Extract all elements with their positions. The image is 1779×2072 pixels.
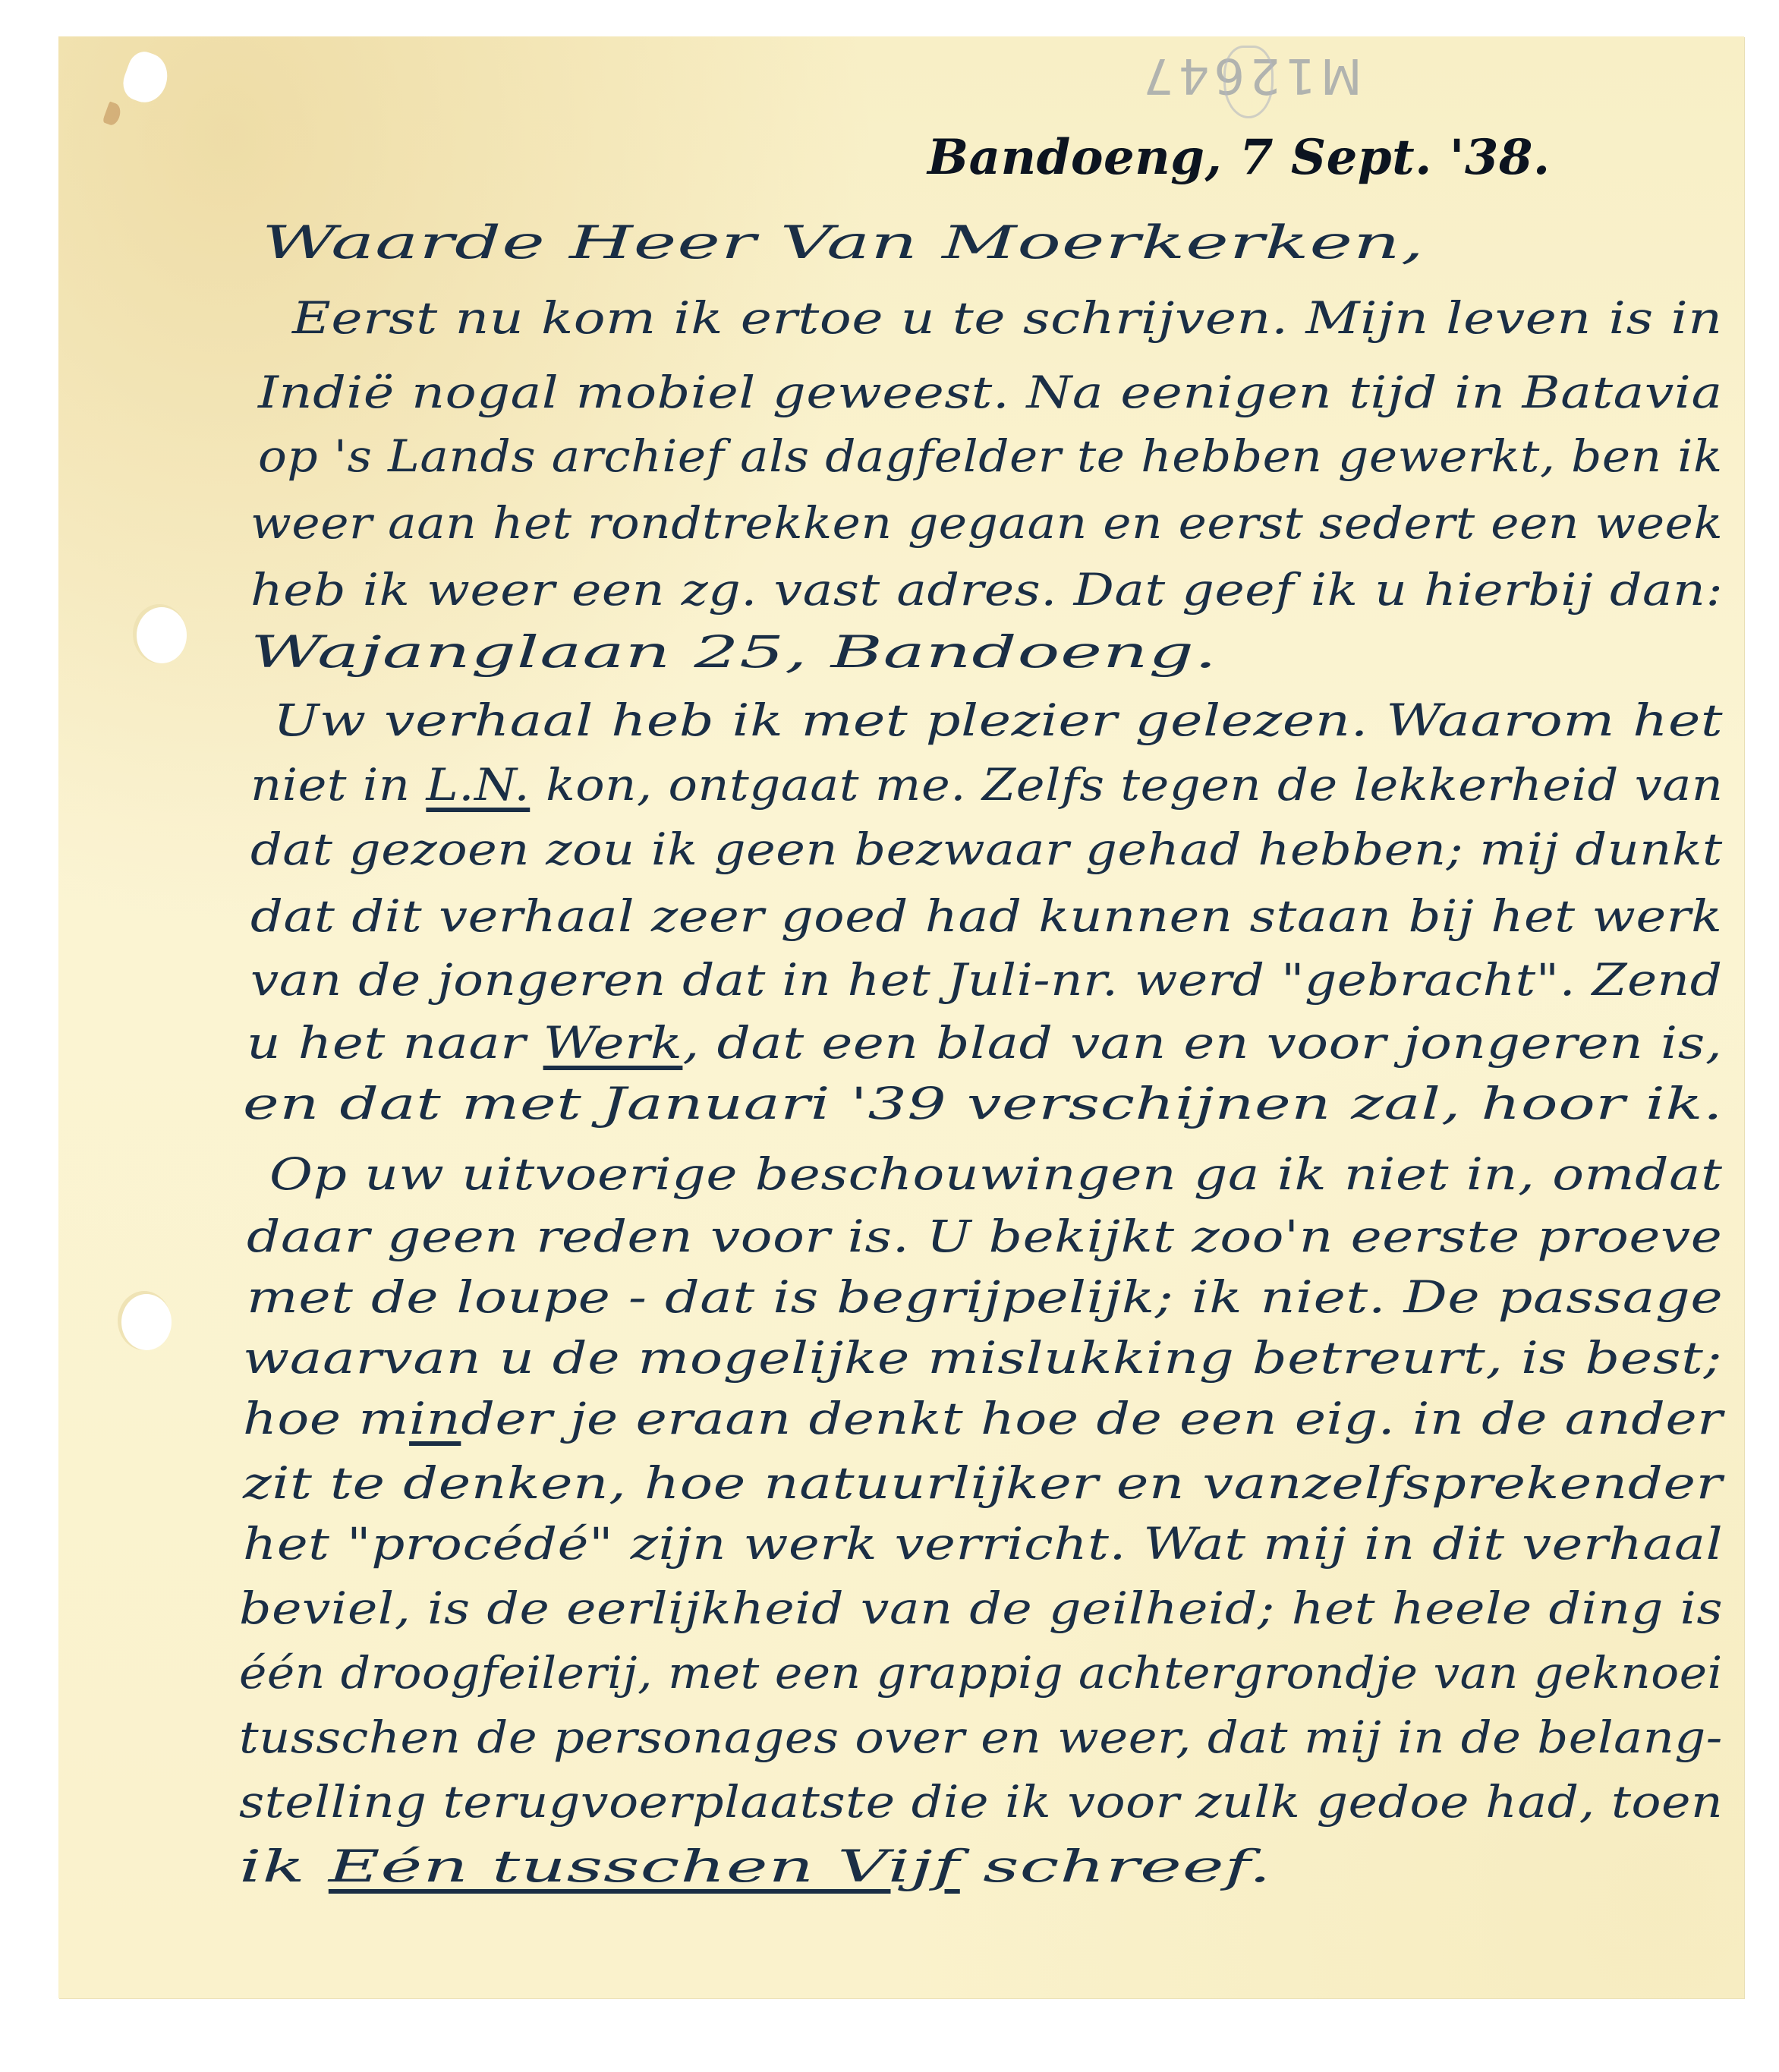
letter-line-12: u het naar Werk, dat een blad van en voo… xyxy=(247,1021,1722,1065)
underlined-phrase: in xyxy=(409,1393,461,1444)
letter-line-9: dat gezoen zou ik geen bezwaar gehad heb… xyxy=(250,827,1723,871)
underlined-phrase: L.N. xyxy=(426,759,530,811)
archive-seal-icon xyxy=(1223,46,1274,118)
letter-line-17: waarvan u de mogelijke mislukking betreu… xyxy=(243,1336,1722,1380)
letter-line-10: dat dit verhaal zeer goed had kunnen sta… xyxy=(250,894,1722,938)
letter-line-13: en dat met Januari '39 verschijnen zal, … xyxy=(243,1082,1723,1126)
punch-hole-bottom xyxy=(121,1294,172,1350)
place-date: Bandoeng, 7 Sept. '38. xyxy=(927,129,1551,186)
letter-line-2: Indië nogal mobiel geweest. Na eenigen t… xyxy=(258,370,1723,414)
letter-line-19: zit te denken, hoe natuurlijker en vanze… xyxy=(243,1461,1723,1505)
underlined-phrase: Eén tusschen Vijf xyxy=(329,1841,960,1892)
letter-line-7: Uw verhaal heb ik met plezier gelezen. W… xyxy=(273,698,1723,742)
letter-line-1: Eerst nu kom ik ertoe u te schrijven. Mi… xyxy=(292,296,1723,340)
punch-hole-top xyxy=(137,607,187,663)
letter-line-5: heb ik weer een zg. vast adres. Dat geef… xyxy=(250,568,1723,612)
salutation: Waarde Heer Van Moerkerken, xyxy=(262,220,1425,266)
letter-line-23: tusschen de personages over en weer, dat… xyxy=(239,1715,1723,1759)
letter-line-25-closing: ik Eén tusschen Vijf schreef. xyxy=(239,1844,1272,1888)
underlined-phrase: Werk xyxy=(543,1017,683,1069)
letter-line-18: hoe minder je eraan denkt hoe de een eig… xyxy=(243,1397,1723,1441)
letter-line-3: op 's Lands archief als dagfelder te heb… xyxy=(258,434,1723,478)
letter-line-21: beviel, is de eerlijkheid van de geilhei… xyxy=(239,1586,1723,1630)
letter-line-6-address: Wajanglaan 25, Bandoeng. xyxy=(250,630,1217,674)
letter-line-24: stelling terugvoerplaatste die ik voor z… xyxy=(239,1780,1723,1824)
letter-line-8: niet in L.N. kon, ontgaat me. Zelfs tege… xyxy=(250,763,1724,807)
letter-line-15: daar geen reden voor is. U bekijkt zoo'n… xyxy=(247,1214,1722,1258)
letter-line-4: weer aan het rondtrekken gegaan en eerst… xyxy=(250,501,1723,545)
letter-line-16: met de loupe - dat is begrijpelijk; ik n… xyxy=(247,1275,1723,1319)
letter-line-14: Op uw uitvoerige beschouwingen ga ik nie… xyxy=(269,1152,1723,1196)
letter-line-22: één droogfeilerij, met een grappig achte… xyxy=(239,1651,1723,1695)
letter-line-11: van de jongeren dat in het Juli-nr. werd… xyxy=(250,958,1723,1002)
letter-line-20: het "procédé" zijn werk verricht. Wat mi… xyxy=(243,1522,1723,1566)
